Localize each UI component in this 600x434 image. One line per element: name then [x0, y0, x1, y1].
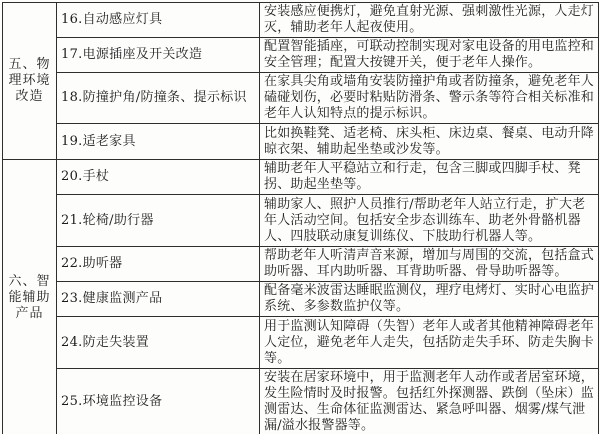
- table-row-18: 18.防撞护角/防撞条、提示标识 在家具尖角或墙角安装防撞护角或者防撞条，避免老…: [3, 73, 599, 124]
- item-cell-16: 16.自动感应灯具: [57, 3, 260, 38]
- table-row-24: 24.防走失装置 用于监测认知障碍（失智）老年人或者其他精神障碍老年人定位，避免…: [3, 317, 599, 369]
- item-cell-20: 20.手杖: [57, 160, 260, 195]
- item-cell-21: 21.轮椅/助行器: [57, 195, 260, 247]
- table-row-19: 19.适老家具 比如换鞋凳、适老椅、床头柜、床边桌、餐桌、电动升降晾衣架、辅助起…: [3, 124, 599, 160]
- elderly-products-table: 五、物 理环境 改造 16.自动感应灯具 安装感应便携灯，避免直射光源、强刺激性…: [2, 2, 599, 434]
- category-cell-physical-environment: 五、物 理环境 改造: [3, 3, 57, 160]
- item-cell-24: 24.防走失装置: [57, 317, 260, 369]
- desc-cell-24: 用于监测认知障碍（失智）老年人或者其他精神障碍老年人定位，避免老年人走失，包括防…: [260, 317, 599, 369]
- table-row-25: 25.环境监控设备 安装在居家环境中，用于监测老年人动作或者居室环境，发生险情时…: [3, 369, 599, 434]
- table-row-20: 六、智 能辅助 产品 20.手杖 辅助老年人平稳站立和行走，包含三脚或四脚手杖、…: [3, 160, 599, 195]
- desc-cell-22: 帮助老年人听清声音来源，增加与周围的交流，包括盒式助听器、耳内助听器、耳背助听器…: [260, 247, 599, 282]
- item-cell-22: 22.助听器: [57, 247, 260, 282]
- item-cell-19: 19.适老家具: [57, 124, 260, 160]
- table-row-22: 22.助听器 帮助老年人听清声音来源，增加与周围的交流，包括盒式助听器、耳内助听…: [3, 247, 599, 282]
- table-row-21: 21.轮椅/助行器 辅助家人、照护人员推行/帮助老年人站立行走，扩大老年人活动空…: [3, 195, 599, 247]
- table-row-23: 23.健康监测产品 配备毫米波雷达睡眠监测仪，理疗电烤灯、实时心电监护系统、多参…: [3, 282, 599, 317]
- desc-cell-20: 辅助老年人平稳站立和行走，包含三脚或四脚手杖、凳拐、助起坐垫等。: [260, 160, 599, 195]
- table-row-16: 五、物 理环境 改造 16.自动感应灯具 安装感应便携灯，避免直射光源、强刺激性…: [3, 3, 599, 38]
- desc-cell-16: 安装感应便携灯，避免直射光源、强刺激性光源，人走灯灭，辅助老年人起夜使用。: [260, 3, 599, 38]
- desc-cell-21: 辅助家人、照护人员推行/帮助老年人站立行走，扩大老年人活动空间。包括安全步态训练…: [260, 195, 599, 247]
- item-cell-23: 23.健康监测产品: [57, 282, 260, 317]
- desc-cell-17: 配置智能插座，可联动控制实现对家电设备的用电监控和安全管理；配置大按键开关，便于…: [260, 38, 599, 73]
- desc-cell-18: 在家具尖角或墙角安装防撞护角或者防撞条，避免老年人磕碰划伤，必要时粘贴防滑条、警…: [260, 73, 599, 124]
- item-cell-18: 18.防撞护角/防撞条、提示标识: [57, 73, 260, 124]
- table-row-17: 17.电源插座及开关改造 配置智能插座，可联动控制实现对家电设备的用电监控和安全…: [3, 38, 599, 73]
- item-cell-17: 17.电源插座及开关改造: [57, 38, 260, 73]
- category-cell-smart-assist-products: 六、智 能辅助 产品: [3, 160, 57, 434]
- desc-cell-19: 比如换鞋凳、适老椅、床头柜、床边桌、餐桌、电动升降晾衣架、辅助起坐垫或沙发等。: [260, 124, 599, 160]
- item-cell-25: 25.环境监控设备: [57, 369, 260, 434]
- desc-cell-23: 配备毫米波雷达睡眠监测仪，理疗电烤灯、实时心电监护系统、多参数监护仪等。: [260, 282, 599, 317]
- desc-cell-25: 安装在居家环境中，用于监测老年人动作或者居室环境，发生险情时及时报警。包括红外探…: [260, 369, 599, 434]
- scanned-document-page: 五、物 理环境 改造 16.自动感应灯具 安装感应便携灯，避免直射光源、强刺激性…: [0, 0, 600, 434]
